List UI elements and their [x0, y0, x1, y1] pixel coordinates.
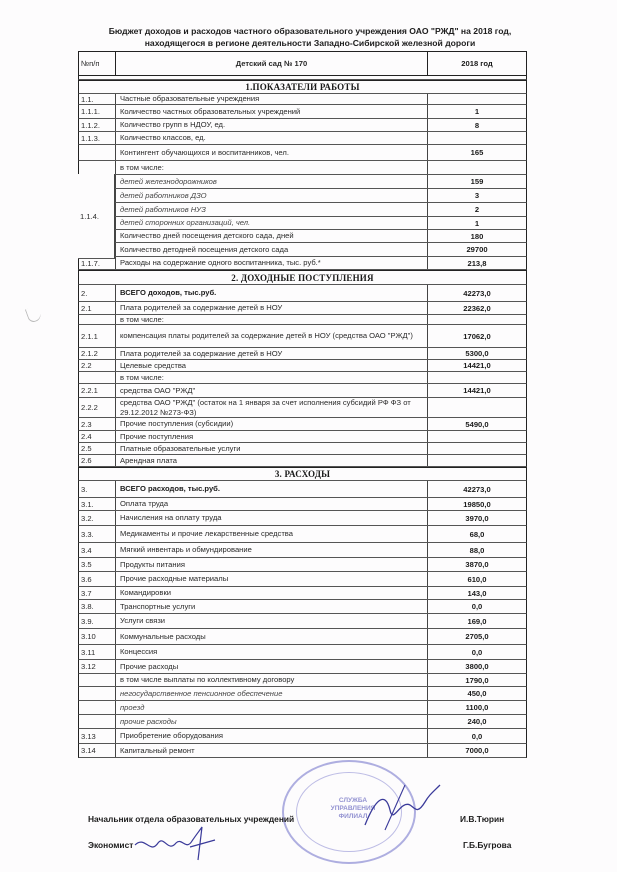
economist-title: Экономист	[88, 840, 133, 850]
row-value: 2705,0	[428, 629, 526, 644]
row-num: 2.3	[79, 418, 116, 430]
row-num: 3.6	[79, 572, 116, 586]
row-label: Прочие расходы	[116, 660, 428, 673]
row-label: в том числе выплаты по коллективному дог…	[116, 674, 428, 686]
table-row: детей работников НУЗ2	[78, 203, 527, 217]
row-label: Мягкий инвентарь и обмундирование	[116, 543, 428, 557]
row-value	[428, 132, 526, 144]
row-label: Платные образовательные услуги	[116, 443, 428, 454]
row-label: средства ОАО "РЖД" (остаток на 1 января …	[116, 398, 428, 417]
row-label: Количество дней посещения детского сада,…	[116, 230, 428, 242]
section-title: 1.ПОКАЗАТЕЛИ РАБОТЫ	[79, 81, 526, 93]
row-num: 1.1.2.	[79, 119, 116, 131]
row-num: 2.2.1	[79, 384, 116, 397]
row-num: 3.14	[79, 744, 116, 757]
row-label: Количество классов, ед.	[116, 132, 428, 144]
table-row: 3.7Командировки143,0	[78, 587, 527, 600]
row-num: 1.1.	[79, 94, 116, 104]
row-value: 165	[428, 145, 526, 160]
section-header: 1.ПОКАЗАТЕЛИ РАБОТЫ	[78, 80, 527, 94]
row-value: 3	[428, 189, 526, 202]
row-value	[428, 455, 526, 466]
row-num	[79, 687, 116, 700]
table-header-row: №п/п Детский сад № 170 2018 год	[78, 51, 527, 76]
row-label: Услуги связи	[116, 614, 428, 628]
budget-table: №п/п Детский сад № 170 2018 год 1.ПОКАЗА…	[78, 51, 527, 758]
table-row: проезд1100,0	[78, 701, 527, 715]
row-value	[428, 398, 526, 417]
row-value: 0,0	[428, 729, 526, 743]
economist-signature-icon	[130, 825, 220, 865]
row-value: 17062,0	[428, 325, 526, 347]
table-row: 3.11Концессия0,0	[78, 645, 527, 660]
row-value: 2	[428, 203, 526, 216]
row-num: 2.2.2	[79, 398, 116, 417]
header-name: Детский сад № 170	[116, 52, 428, 75]
table-row: 3.9.Услуги связи169,0	[78, 614, 527, 629]
table-row: 3.1.Оплата труда19850,0	[78, 498, 527, 511]
row-label: ВСЕГО доходов, тыс.руб.	[116, 285, 428, 301]
table-row: в том числе выплаты по коллективному дог…	[78, 674, 527, 687]
row-label: Прочие поступления (субсидии)	[116, 418, 428, 430]
table-row: Контингент обучающихся и воспитанников, …	[78, 145, 527, 161]
table-row: в том числе:	[78, 372, 527, 384]
row-value: 8	[428, 119, 526, 131]
row-num: 2.4	[79, 431, 116, 442]
row-value: 143,0	[428, 587, 526, 599]
row-label: Транспортные услуги	[116, 600, 428, 613]
row-num: 3.4	[79, 543, 116, 557]
row-value: 14421,0	[428, 360, 526, 371]
row-value	[428, 443, 526, 454]
head-name: И.В.Тюрин	[460, 814, 504, 824]
row-value: 0,0	[428, 600, 526, 613]
row-value	[428, 315, 526, 324]
row-label: Продукты питания	[116, 558, 428, 571]
row-value: 5490,0	[428, 418, 526, 430]
row-value: 14421,0	[428, 384, 526, 397]
table-row: 3.ВСЕГО расходов, тыс.руб.42273,0	[78, 481, 527, 498]
row-value: 3970,0	[428, 511, 526, 525]
table-row: 2.1.2Плата родителей за содержание детей…	[78, 348, 527, 360]
row-label: средства ОАО "РЖД"	[116, 384, 428, 397]
table-body: 1.ПОКАЗАТЕЛИ РАБОТЫ1.1.Частные образоват…	[78, 80, 527, 758]
row-num: 1.1.1.	[79, 105, 116, 118]
row-value: 213,8	[428, 257, 526, 269]
table-row: 3.6Прочие расходные материалы610,0	[78, 572, 527, 587]
hole-punch-mark	[25, 305, 42, 324]
row-label: Частные образовательные учреждения	[116, 94, 428, 104]
row-value: 0,0	[428, 645, 526, 659]
row-label: детей железнодорожников	[116, 175, 428, 188]
row-label: Плата родителей за содержание детей в НО…	[116, 302, 428, 314]
row-label: Количество детодней посещения детского с…	[116, 243, 428, 256]
row-num	[79, 715, 116, 728]
table-row: 3.3.Медикаменты и прочие лекарственные с…	[78, 526, 527, 543]
table-row: 3.12Прочие расходы3800,0	[78, 660, 527, 674]
row-value: 3870,0	[428, 558, 526, 571]
row-num: 3.	[79, 481, 116, 497]
row-value: 1100,0	[428, 701, 526, 714]
row-value	[428, 431, 526, 442]
table-row: 2.2.1средства ОАО "РЖД"14421,0	[78, 384, 527, 398]
row-value	[428, 94, 526, 104]
row-num: 2.	[79, 285, 116, 301]
row-value: 180	[428, 230, 526, 242]
row-num: 3.1.	[79, 498, 116, 510]
table-row: 1.1.3.Количество классов, ед.	[78, 132, 527, 145]
row-label: детей работников ДЗО	[116, 189, 428, 202]
row-label: Концессия	[116, 645, 428, 659]
row-num: 3.2.	[79, 511, 116, 525]
row-num	[79, 674, 116, 686]
row-value: 22362,0	[428, 302, 526, 314]
table-row: 2.5Платные образовательные услуги	[78, 443, 527, 455]
table-row: 3.14Капитальный ремонт7000,0	[78, 744, 527, 758]
row-value: 7000,0	[428, 744, 526, 757]
row-value: 450,0	[428, 687, 526, 700]
row-value: 68,0	[428, 526, 526, 542]
row-value: 159	[428, 175, 526, 188]
row-label: Начисления на оплату труда	[116, 511, 428, 525]
row-num: 3.9.	[79, 614, 116, 628]
table-row: 2.ВСЕГО доходов, тыс.руб.42273,0	[78, 285, 527, 302]
row-value: 42273,0	[428, 285, 526, 301]
table-row: 3.10Коммунальные расходы2705,0	[78, 629, 527, 645]
row-num: 2.2	[79, 360, 116, 371]
row-num	[79, 372, 116, 383]
table-row: 1.1.1.Количество частных образовательных…	[78, 105, 527, 119]
row-label: проезд	[116, 701, 428, 714]
row-num	[79, 161, 116, 174]
merged-num-cell: 1.1.4.	[78, 174, 115, 259]
row-value: 5300,0	[428, 348, 526, 359]
row-label: Количество групп в НДОУ, ед.	[116, 119, 428, 131]
row-value: 169,0	[428, 614, 526, 628]
table-row: 1.1.7.Расходы на содержание одного воспи…	[78, 257, 527, 270]
row-label: Плата родителей за содержание детей в НО…	[116, 348, 428, 359]
table-row: 2.2.2средства ОАО "РЖД" (остаток на 1 ян…	[78, 398, 527, 418]
row-label: Приобретение оборудования	[116, 729, 428, 743]
row-label: Расходы на содержание одного воспитанник…	[116, 257, 428, 269]
row-value: 88,0	[428, 543, 526, 557]
row-label: в том числе:	[116, 161, 428, 174]
row-label: детей сторонних организаций, чел.	[116, 217, 428, 229]
row-value: 1790,0	[428, 674, 526, 686]
row-label: в том числе:	[116, 372, 428, 383]
row-value: 610,0	[428, 572, 526, 586]
row-num: 3.12	[79, 660, 116, 673]
table-row: детей сторонних организаций, чел.1	[78, 217, 527, 230]
row-num: 2.1.1	[79, 325, 116, 347]
table-row: 3.8.Транспортные услуги0,0	[78, 600, 527, 614]
row-label: Капитальный ремонт	[116, 744, 428, 757]
table-row: в том числе:	[78, 315, 527, 325]
row-label: Прочие поступления	[116, 431, 428, 442]
row-value: 240,0	[428, 715, 526, 728]
row-label: детей работников НУЗ	[116, 203, 428, 216]
table-row: 2.3Прочие поступления (субсидии)5490,0	[78, 418, 527, 431]
row-num: 3.7	[79, 587, 116, 599]
section-header: 3. РАСХОДЫ	[78, 467, 527, 481]
head-signature-icon	[355, 780, 445, 840]
document-title-line1: Бюджет доходов и расходов частного образ…	[60, 25, 560, 37]
head-title: Начальник отдела образовательных учрежде…	[88, 814, 294, 824]
row-num	[79, 145, 116, 160]
table-row: 3.4Мягкий инвентарь и обмундирование88,0	[78, 543, 527, 558]
row-label: Арендная плата	[116, 455, 428, 466]
row-label: негосударственное пенсионное обеспечение	[116, 687, 428, 700]
row-value: 29700	[428, 243, 526, 256]
row-value	[428, 372, 526, 383]
table-row: 2.4Прочие поступления	[78, 431, 527, 443]
row-num: 3.13	[79, 729, 116, 743]
row-label: Командировки	[116, 587, 428, 599]
table-row: 1.1.5.Количество дней посещения детского…	[78, 230, 527, 243]
table-row: 2.6Арендная плата	[78, 455, 527, 467]
row-num: 1.1.3.	[79, 132, 116, 144]
table-row: 3.5Продукты питания3870,0	[78, 558, 527, 572]
row-label: Оплата труда	[116, 498, 428, 510]
row-num: 2.6	[79, 455, 116, 466]
row-label: компенсация платы родителей за содержани…	[116, 325, 428, 347]
table-row: прочие расходы240,0	[78, 715, 527, 729]
row-num: 2.1.2	[79, 348, 116, 359]
row-label: Количество частных образовательных учреж…	[116, 105, 428, 118]
header-num: №п/п	[79, 52, 116, 75]
row-label: Целевые средства	[116, 360, 428, 371]
row-label: Прочие расходные материалы	[116, 572, 428, 586]
table-row: 1.1.6.Количество детодней посещения детс…	[78, 243, 527, 257]
row-label: ВСЕГО расходов, тыс.руб.	[116, 481, 428, 497]
table-row: негосударственное пенсионное обеспечение…	[78, 687, 527, 701]
row-num	[79, 315, 116, 324]
economist-name: Г.Б.Бугрова	[463, 840, 511, 850]
table-row: в том числе:	[78, 161, 527, 175]
row-num	[79, 701, 116, 714]
row-label: в том числе:	[116, 315, 428, 324]
table-row: детей работников ДЗО3	[78, 189, 527, 203]
section-title: 2. ДОХОДНЫЕ ПОСТУПЛЕНИЯ	[79, 271, 526, 284]
section-header: 2. ДОХОДНЫЕ ПОСТУПЛЕНИЯ	[78, 270, 527, 285]
document-title-line2: находящегося в регионе деятельности Запа…	[60, 37, 560, 49]
table-row: 1.1.2.Количество групп в НДОУ, ед.8	[78, 119, 527, 132]
row-num: 3.5	[79, 558, 116, 571]
table-row: 1.1.Частные образовательные учреждения	[78, 94, 527, 105]
row-label: Медикаменты и прочие лекарственные средс…	[116, 526, 428, 542]
row-num: 2.5	[79, 443, 116, 454]
row-label: прочие расходы	[116, 715, 428, 728]
section-title: 3. РАСХОДЫ	[79, 468, 526, 480]
table-row: 3.2.Начисления на оплату труда3970,0	[78, 511, 527, 526]
row-value: 3800,0	[428, 660, 526, 673]
row-value: 42273,0	[428, 481, 526, 497]
table-row: 3.13Приобретение оборудования0,0	[78, 729, 527, 744]
row-value	[428, 161, 526, 174]
row-value: 1	[428, 105, 526, 118]
table-row: детей железнодорожников159	[78, 175, 527, 189]
row-label: Контингент обучающихся и воспитанников, …	[116, 145, 428, 160]
row-num: 2.1	[79, 302, 116, 314]
row-num: 3.8.	[79, 600, 116, 613]
header-value: 2018 год	[428, 52, 526, 75]
table-row: 2.1.1компенсация платы родителей за соде…	[78, 325, 527, 348]
row-value: 1	[428, 217, 526, 229]
row-num: 3.10	[79, 629, 116, 644]
table-row: 2.2Целевые средства14421,0	[78, 360, 527, 372]
row-num: 3.3.	[79, 526, 116, 542]
table-row: 2.1Плата родителей за содержание детей в…	[78, 302, 527, 315]
row-value: 19850,0	[428, 498, 526, 510]
row-label: Коммунальные расходы	[116, 629, 428, 644]
row-num: 3.11	[79, 645, 116, 659]
